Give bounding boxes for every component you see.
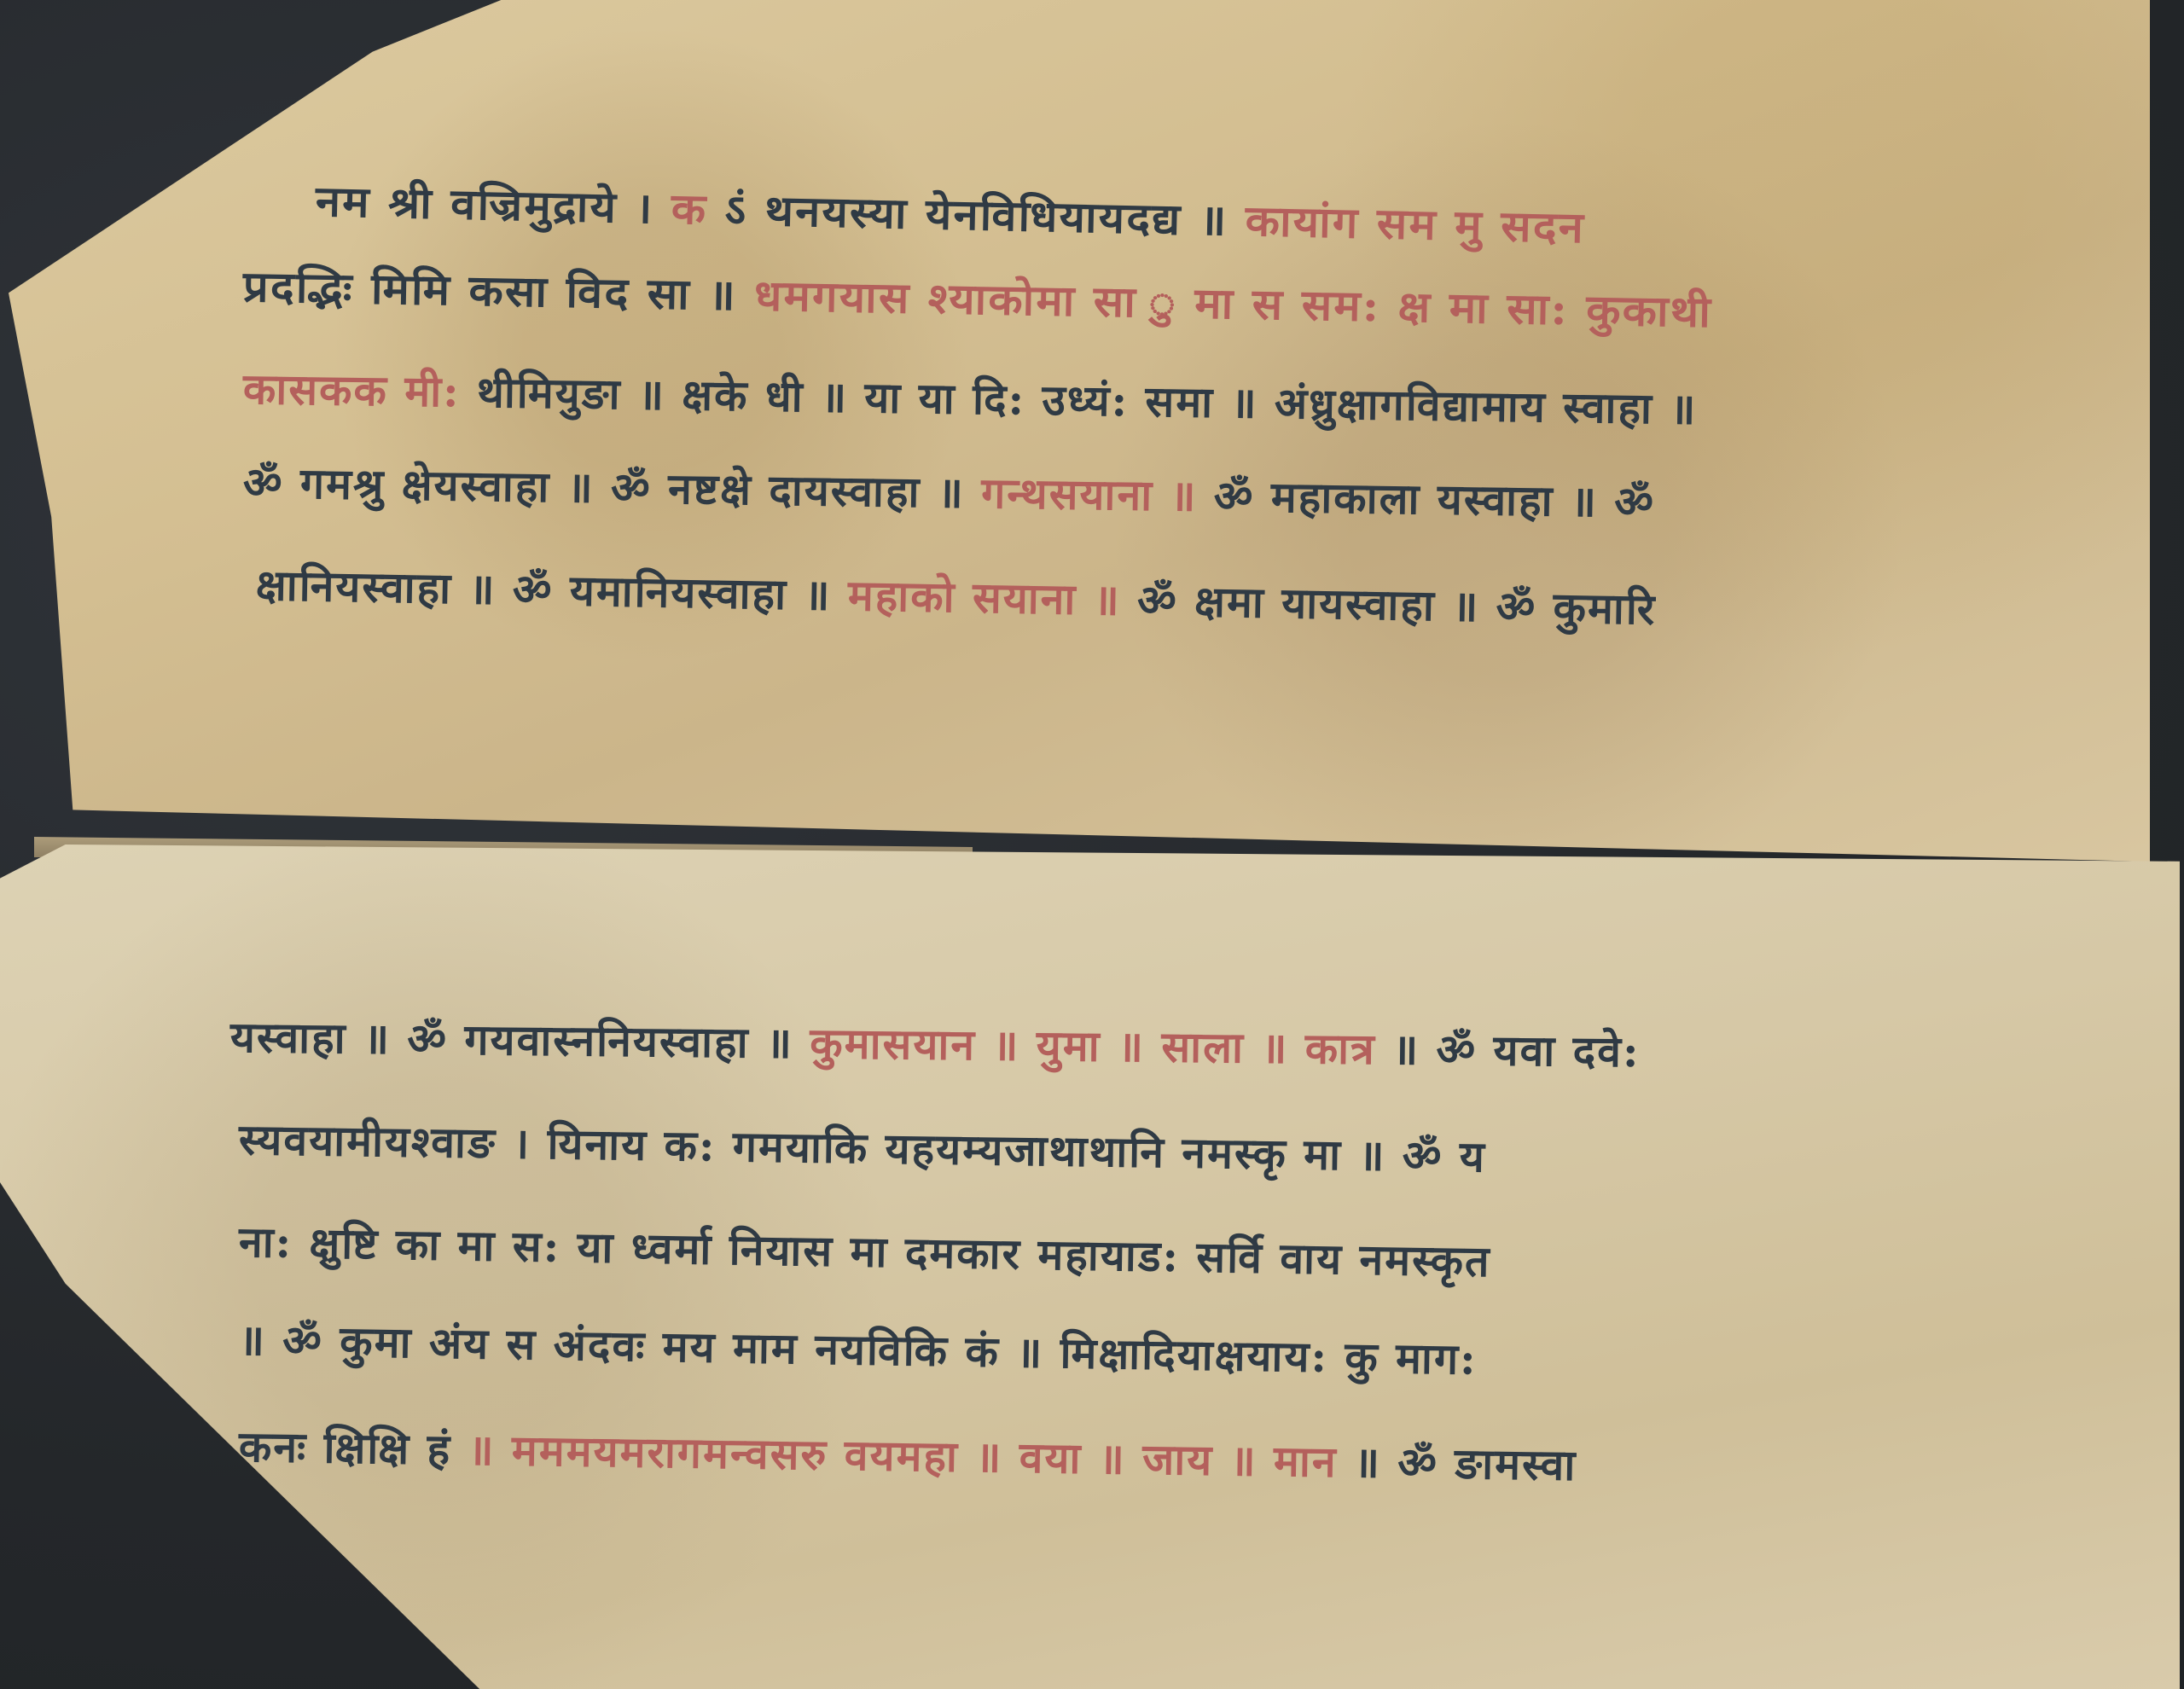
black-ink-text: नम श्री वज्रिमुद्राये । — [315, 176, 654, 233]
red-ink-text: कुमासयान ॥ युमा ॥ साला ॥ कात्र — [793, 1018, 1376, 1074]
black-ink-text: ॐ महाकाला यस्वाहा ॥ ॐ — [1197, 471, 1655, 527]
red-ink-text: गन्थसयाना ॥ — [964, 467, 1197, 521]
black-ink-text: ॥ ॐ यवा दवे: — [1375, 1024, 1640, 1077]
black-ink-text: ॐ गमश्रु क्षेयस्वाहा ॥ ॐ नष्टक्षे दायस्व… — [243, 457, 966, 518]
red-ink-text: क — [653, 183, 725, 235]
black-ink-text: यस्वाहा ॥ ॐ गयवास्ननियस्वाहा ॥ — [230, 1012, 794, 1068]
manuscript-top-leaf — [9, 0, 2150, 862]
red-ink-text: कासकक मी: — [243, 363, 461, 417]
black-ink-text: ऽं थनयस्या येनविधियायदद्य ॥ — [724, 184, 1228, 245]
black-ink-text: कनः क्षिक्षि हं — [239, 1421, 452, 1474]
red-ink-text: कायांग सम मु सदन — [1228, 194, 1586, 252]
red-ink-text: महाको सयाना ॥ — [831, 570, 1121, 625]
black-ink-text: ॥ ॐ ङामस्वा — [1337, 1437, 1577, 1490]
black-ink-text: प्रदद्भिः मिमि कसा विद सा ॥ — [242, 261, 737, 320]
black-ink-text: क्षानियस्वाहा ॥ ॐ यमानियस्वाहा ॥ — [255, 560, 832, 620]
black-ink-text: ॐ क्षमा यायस्वाहा ॥ ॐ कुमारि — [1120, 575, 1657, 635]
red-ink-text: ॥ मममयमरागमन्वसरु वयमहा ॥ वया ॥ जाय ॥ मा… — [451, 1424, 1338, 1486]
